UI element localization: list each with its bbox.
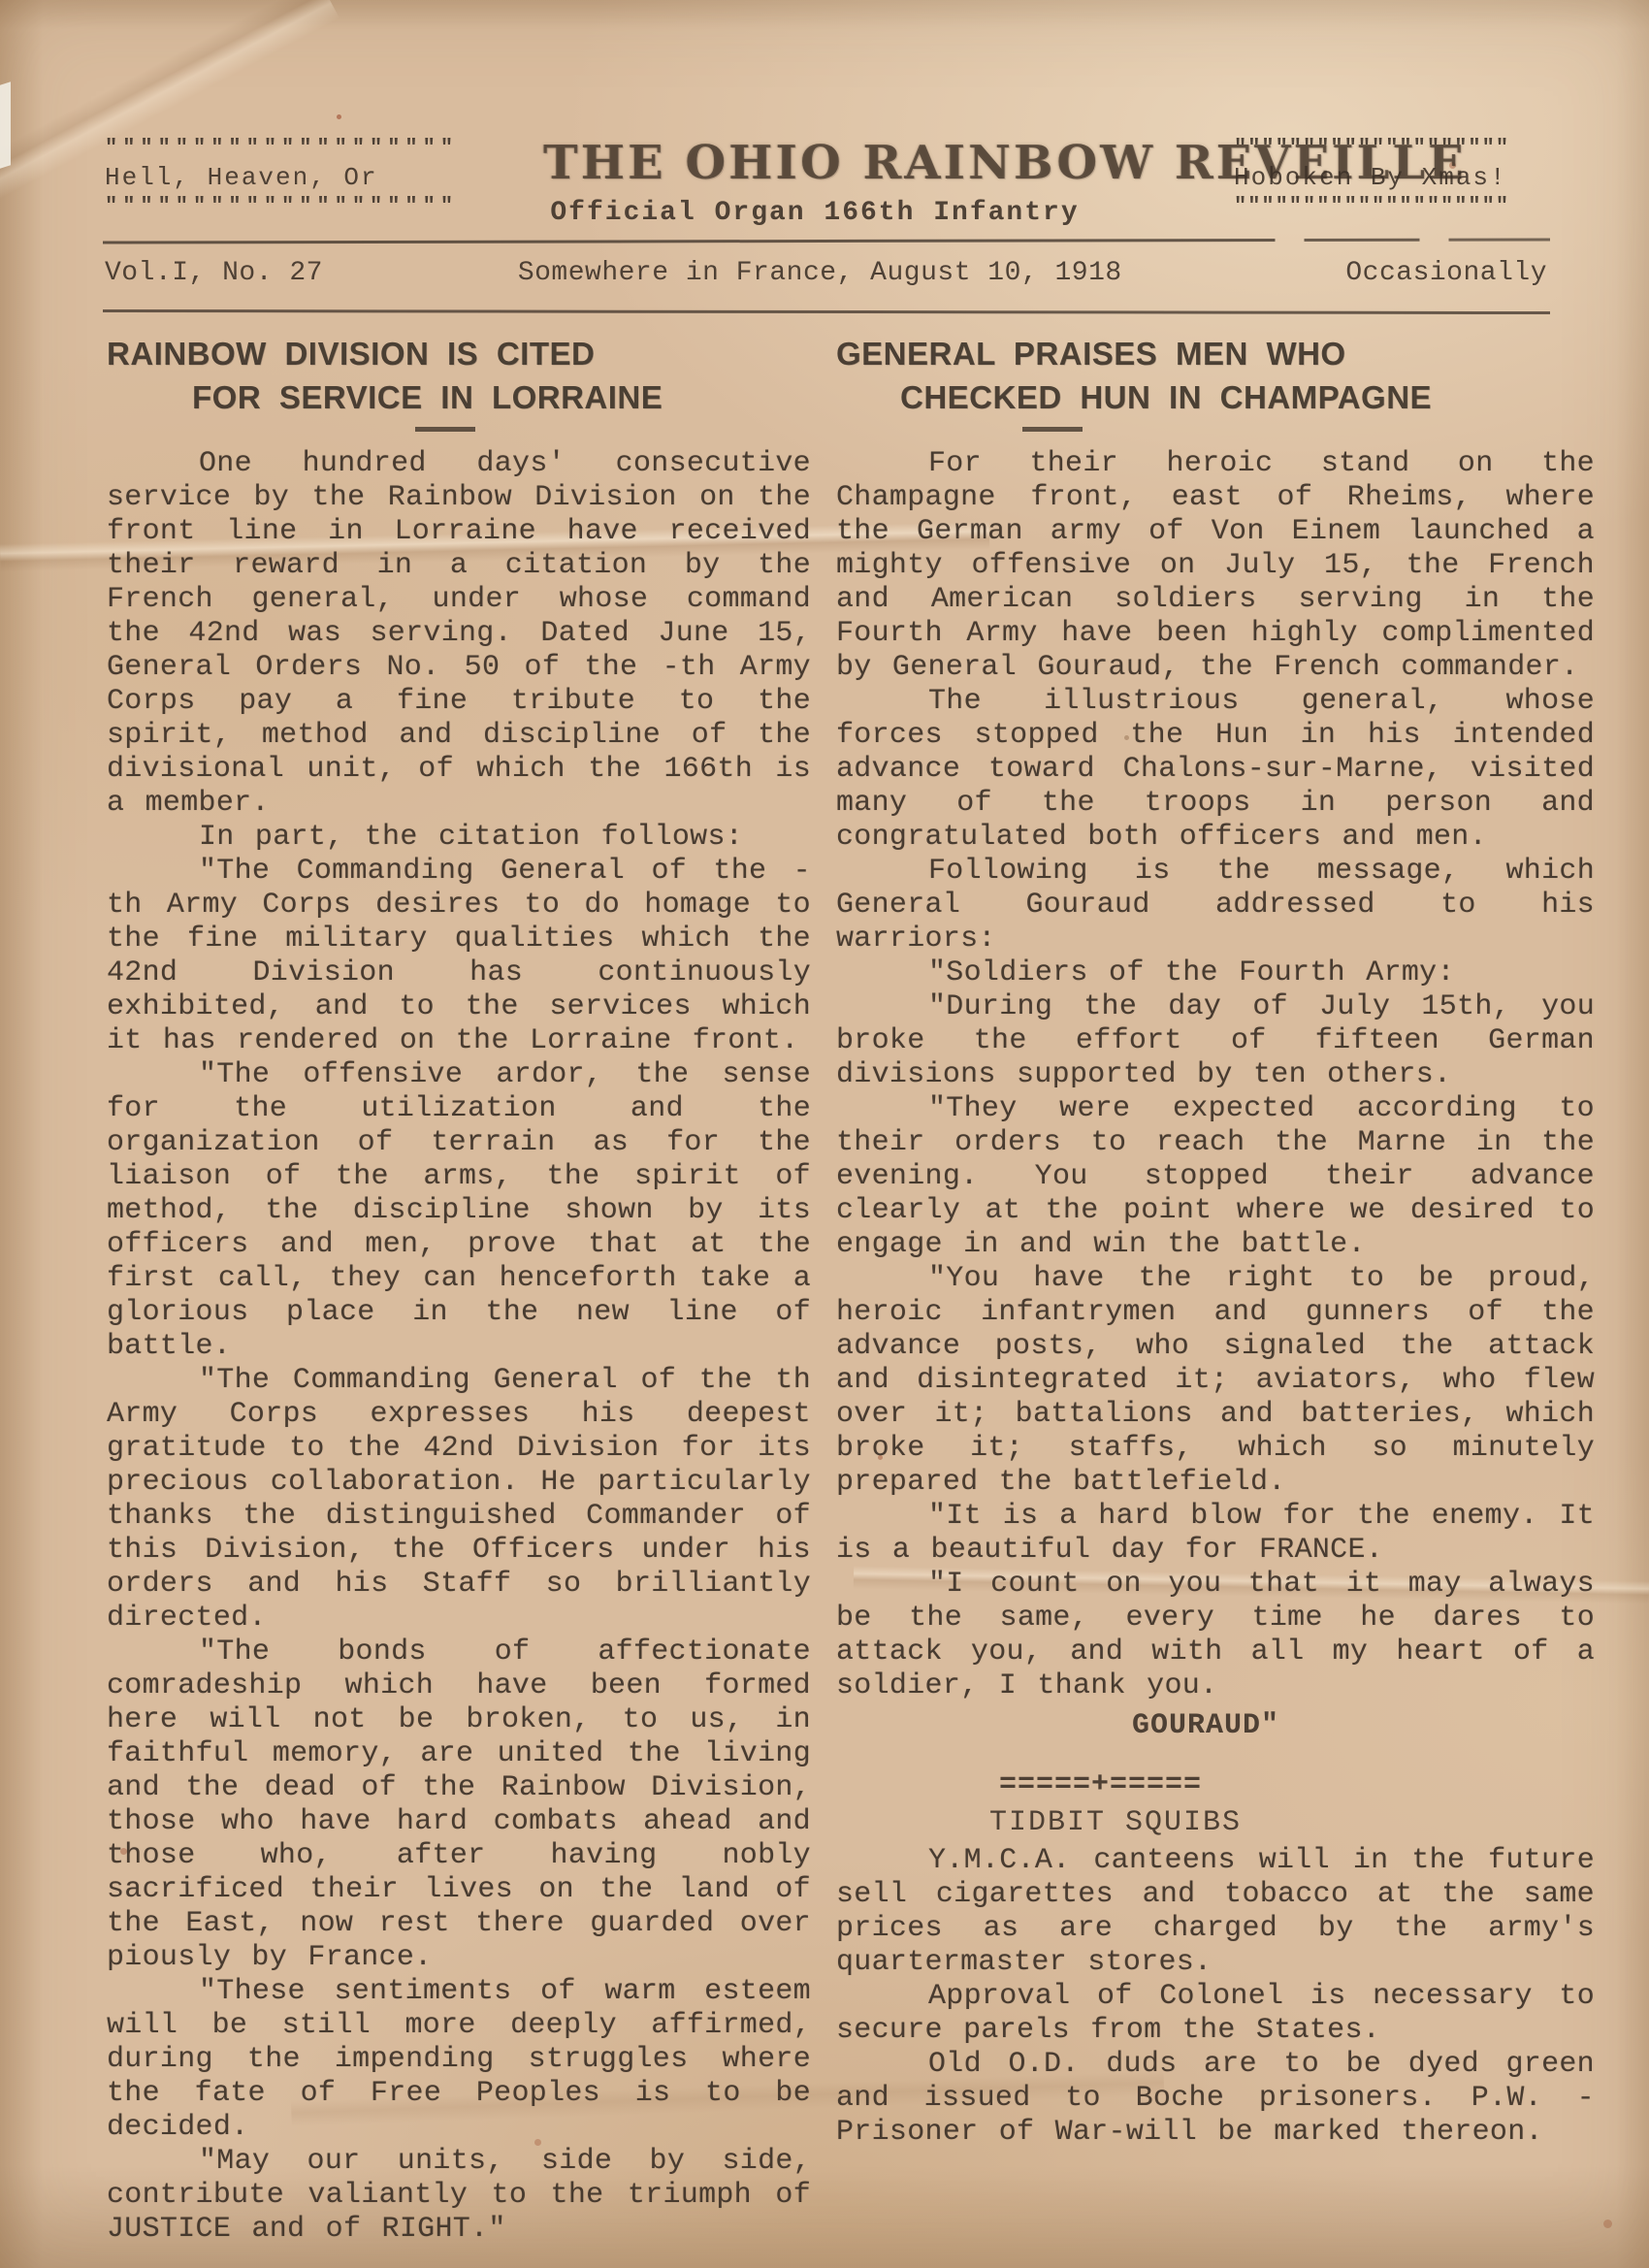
paragraph: For their heroic stand on the Champagne … bbox=[836, 447, 1595, 685]
squibs-title: TIDBIT SQUIBS bbox=[989, 1806, 1595, 1840]
signature-gouraud: GOURAUD" bbox=[1132, 1709, 1595, 1743]
section-separator: =====+===== bbox=[999, 1768, 1595, 1802]
paragraph: "The bonds of affectionate comradeship w… bbox=[107, 1636, 811, 1975]
paragraph: "The offensive ardor, the sense for the … bbox=[107, 1058, 811, 1364]
paragraph: "The Commanding General of the -th Army … bbox=[107, 855, 811, 1058]
paragraph: Following is the message, which General … bbox=[836, 855, 1595, 956]
paragraph: "Soldiers of the Fourth Army: bbox=[836, 956, 1595, 990]
paragraph: "I count on you that it may always be th… bbox=[836, 1568, 1595, 1703]
volume-number: Vol.I, No. 27 bbox=[105, 258, 323, 288]
paragraph: Old O.D. duds are to be dyed green and i… bbox=[836, 2048, 1595, 2150]
paragraph: One hundred days' consecutive service by… bbox=[107, 447, 811, 821]
frequency: Occasionally bbox=[1345, 258, 1547, 288]
masthead-right-block: """""""""""""""""""" Hoboken By Xmas! ""… bbox=[1234, 134, 1509, 221]
paragraph: "They were expected according to their o… bbox=[836, 1092, 1595, 1262]
paragraph: Y.M.C.A. canteens will in the future sel… bbox=[836, 1844, 1595, 1980]
slogan-right: Hoboken By Xmas! bbox=[1234, 163, 1509, 192]
headline-line-2: CHECKED HUN IN CHAMPAGNE bbox=[900, 375, 1595, 419]
squibs-body: Y.M.C.A. canteens will in the future sel… bbox=[836, 1844, 1595, 2150]
headline-line-1: GENERAL PRAISES MEN WHO bbox=[836, 332, 1595, 375]
paragraph: "It is a hard blow for the enemy. It is … bbox=[836, 1500, 1595, 1568]
dateline-divider bbox=[103, 309, 1550, 314]
headline-rule bbox=[415, 427, 475, 432]
article-rainbow-division-cited: RAINBOW DIVISION IS CITED FOR SERVICE IN… bbox=[107, 332, 811, 2247]
paragraph: The illustrious general, whose forces st… bbox=[836, 685, 1595, 855]
quote-marks-row: """""""""""""""""""" bbox=[1234, 134, 1509, 163]
paragraph: "During the day of July 15th, you broke … bbox=[836, 990, 1595, 1092]
article-headline: GENERAL PRAISES MEN WHO CHECKED HUN IN C… bbox=[836, 332, 1595, 419]
paragraph: "May our units, side by side, contribute… bbox=[107, 2145, 811, 2247]
newspaper-subtitle: Official Organ 166th Infantry bbox=[543, 198, 1086, 228]
slogan-left: Hell, Heaven, Or bbox=[105, 163, 458, 192]
quote-marks-row: """""""""""""""""""" bbox=[105, 192, 458, 221]
headline-line-1: RAINBOW DIVISION IS CITED bbox=[107, 332, 811, 375]
article-general-praises-men: GENERAL PRAISES MEN WHO CHECKED HUN IN C… bbox=[836, 332, 1595, 2150]
paper-edge-notch bbox=[0, 81, 11, 169]
article-headline: RAINBOW DIVISION IS CITED FOR SERVICE IN… bbox=[107, 332, 811, 419]
paragraph: "You have the right to be proud, heroic … bbox=[836, 1262, 1595, 1500]
headline-line-2: FOR SERVICE IN LORRAINE bbox=[192, 375, 811, 419]
newspaper-page: """""""""""""""""""" Hell, Heaven, Or ""… bbox=[0, 0, 1649, 2268]
headline-rule bbox=[1022, 427, 1083, 432]
paragraph: Approval of Colonel is necessary to secu… bbox=[836, 1980, 1595, 2048]
quote-marks-row: """""""""""""""""""" bbox=[1234, 192, 1509, 221]
quote-marks-row: """""""""""""""""""" bbox=[105, 134, 458, 163]
paragraph: "The Commanding General of the th Army C… bbox=[107, 1364, 811, 1636]
paper-specks bbox=[337, 114, 341, 119]
paragraph: In part, the citation follows: bbox=[107, 821, 811, 855]
masthead-left-block: """""""""""""""""""" Hell, Heaven, Or ""… bbox=[105, 134, 458, 221]
place-date: Somewhere in France, August 10, 1918 bbox=[518, 258, 1122, 288]
paragraph: "These sentiments of warm esteem will be… bbox=[107, 1975, 811, 2145]
article-body: For their heroic stand on the Champagne … bbox=[836, 447, 1595, 1703]
article-body: One hundred days' consecutive service by… bbox=[107, 447, 811, 2247]
masthead-divider bbox=[103, 238, 1550, 243]
